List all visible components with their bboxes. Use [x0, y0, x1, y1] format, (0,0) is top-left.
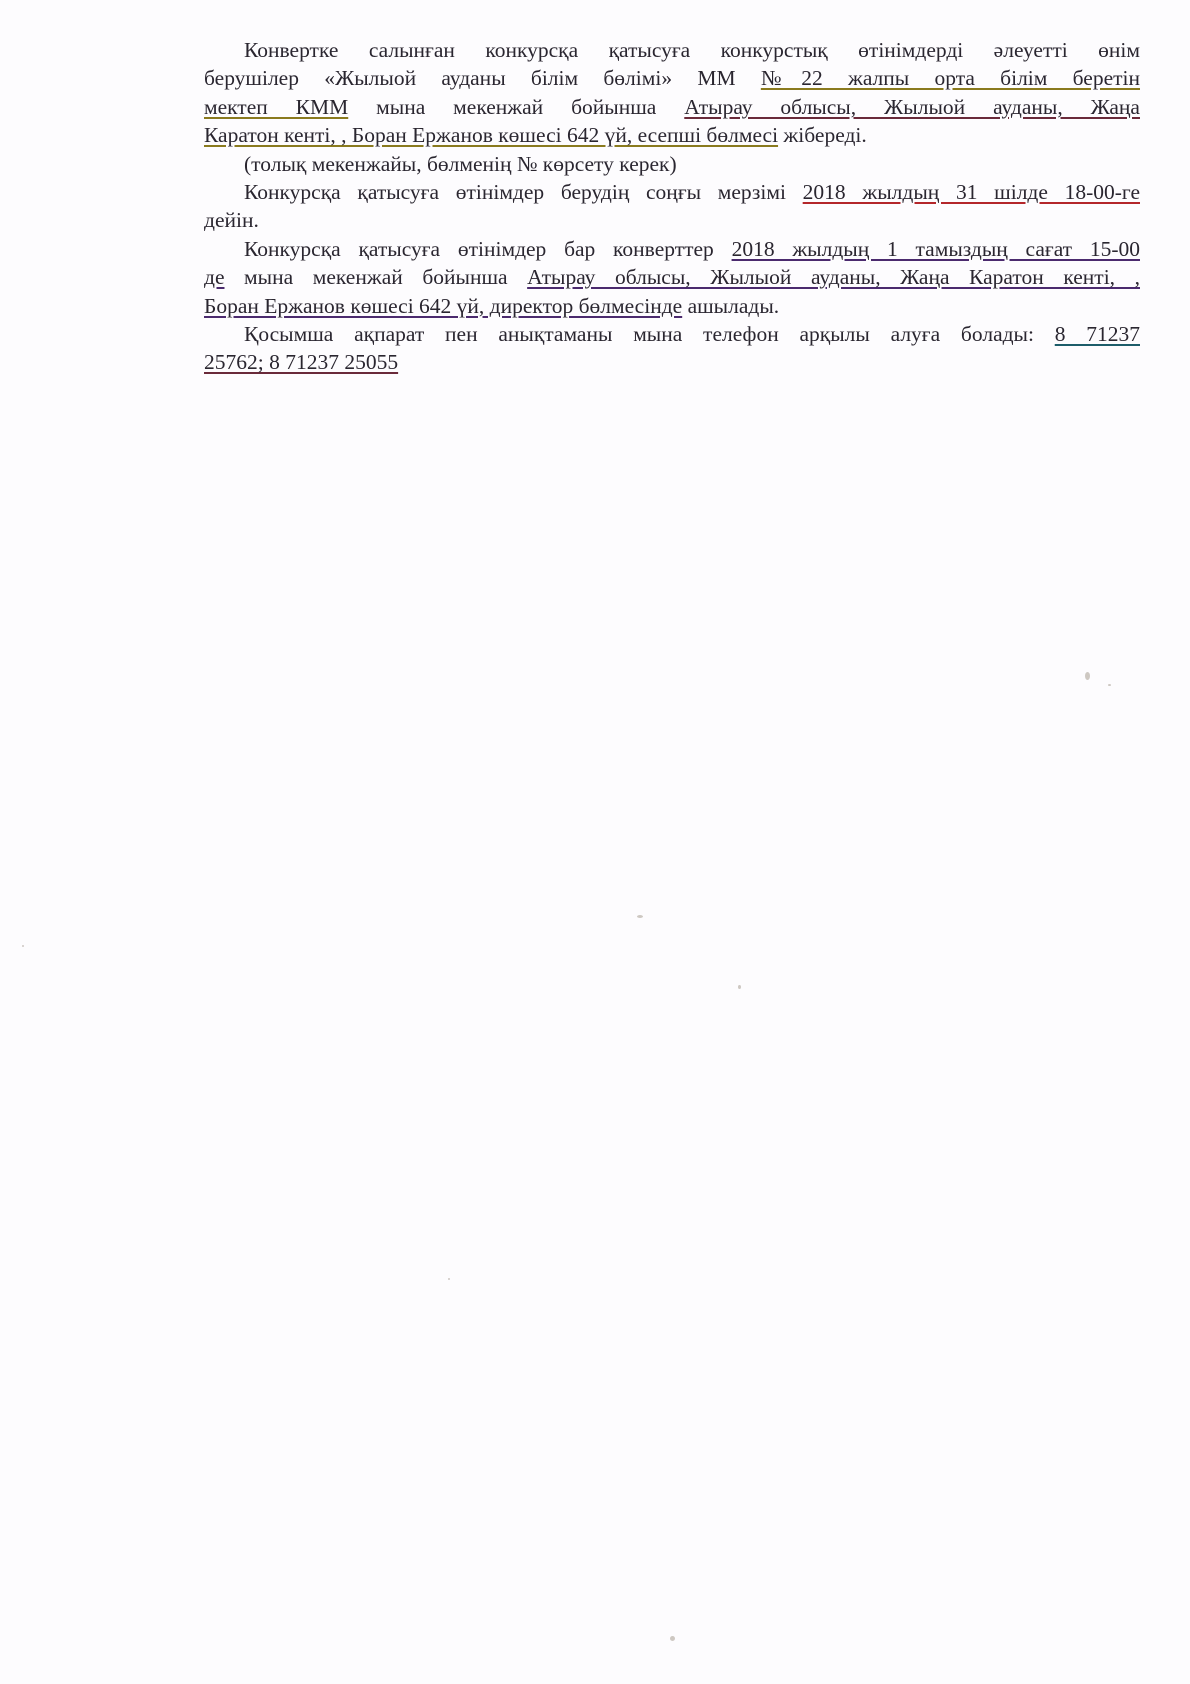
text-line: Боран Ержанов көшесі 642 үй, директор бө… — [204, 292, 1140, 320]
underlined-text: 25762; 8 71237 25055 — [204, 350, 398, 374]
text-line: берушілер «Жылыой ауданы білім бөлімі» М… — [204, 64, 1140, 92]
text-segment: Конкурсқа қатысуға өтінімдер берудің соң… — [244, 180, 803, 204]
text-line: де мына мекенжай бойынша Атырау облысы, … — [204, 263, 1140, 291]
underlined-text: Атырау облысы, Жылыой ауданы, Жаңа Карат… — [527, 265, 1140, 289]
document-body: Конвертке салынған конкурсқа қатысуға ко… — [204, 36, 1140, 377]
text-line: Конкурсқа қатысуға өтінімдер бар конверт… — [204, 235, 1140, 263]
text-segment: ашылады. — [682, 294, 779, 318]
underlined-text: 2018 жылдың 1 тамыздың сағат 15-00 — [732, 237, 1140, 261]
text-line: мектеп КММ мына мекенжай бойынша Атырау … — [204, 93, 1140, 121]
text-segment: берушілер «Жылыой ауданы білім бөлімі» М… — [204, 66, 761, 90]
underlined-text: Каратон кенті, , Боран Ержанов көшесі 64… — [204, 123, 778, 147]
underlined-text: 2018 жылдың 31 шілде 18-00-ге — [803, 180, 1140, 204]
text-line: Конвертке салынған конкурсқа қатысуға ко… — [204, 36, 1140, 64]
text-segment: мына мекенжай бойынша — [224, 265, 527, 289]
text-line: дейін. — [204, 206, 1140, 234]
text-segment: дейін. — [204, 208, 259, 232]
scan-speck — [670, 1636, 675, 1641]
text-segment: жібереді. — [778, 123, 867, 147]
scan-speck — [637, 915, 643, 918]
text-line: 25762; 8 71237 25055 — [204, 348, 1140, 376]
text-segment: (толық мекенжайы, бөлменің № көрсету кер… — [244, 152, 677, 176]
text-segment: Конкурсқа қатысуға өтінімдер бар конверт… — [244, 237, 732, 261]
underlined-text: мектеп КММ — [204, 95, 348, 119]
scan-speck — [22, 945, 24, 947]
text-segment: Қосымша ақпарат пен анықтаманы мына теле… — [244, 322, 1055, 346]
scan-speck — [448, 1278, 450, 1280]
underlined-text: №22 жалпы орта білім беретін — [761, 66, 1140, 90]
text-line: Каратон кенті, , Боран Ержанов көшесі 64… — [204, 121, 1140, 149]
underlined-text: 8 71237 — [1055, 322, 1140, 346]
text-line: Конкурсқа қатысуға өтінімдер берудің соң… — [204, 178, 1140, 206]
underlined-text: Боран Ержанов көшесі 642 үй, директор бө… — [204, 294, 682, 318]
underlined-text: Атырау облысы, Жылыой ауданы, Жаңа — [684, 95, 1140, 119]
scan-speck — [1085, 672, 1090, 680]
text-line: Қосымша ақпарат пен анықтаманы мына теле… — [204, 320, 1140, 348]
underlined-text: де — [204, 265, 224, 289]
text-segment: Конвертке салынған конкурсқа қатысуға ко… — [244, 38, 1140, 62]
scan-speck — [738, 985, 741, 989]
text-line: (толық мекенжайы, бөлменің № көрсету кер… — [204, 150, 1140, 178]
scan-speck — [1108, 684, 1111, 686]
text-segment: мына мекенжай бойынша — [348, 95, 684, 119]
scanned-page: Конвертке салынған конкурсқа қатысуға ко… — [0, 0, 1190, 1684]
